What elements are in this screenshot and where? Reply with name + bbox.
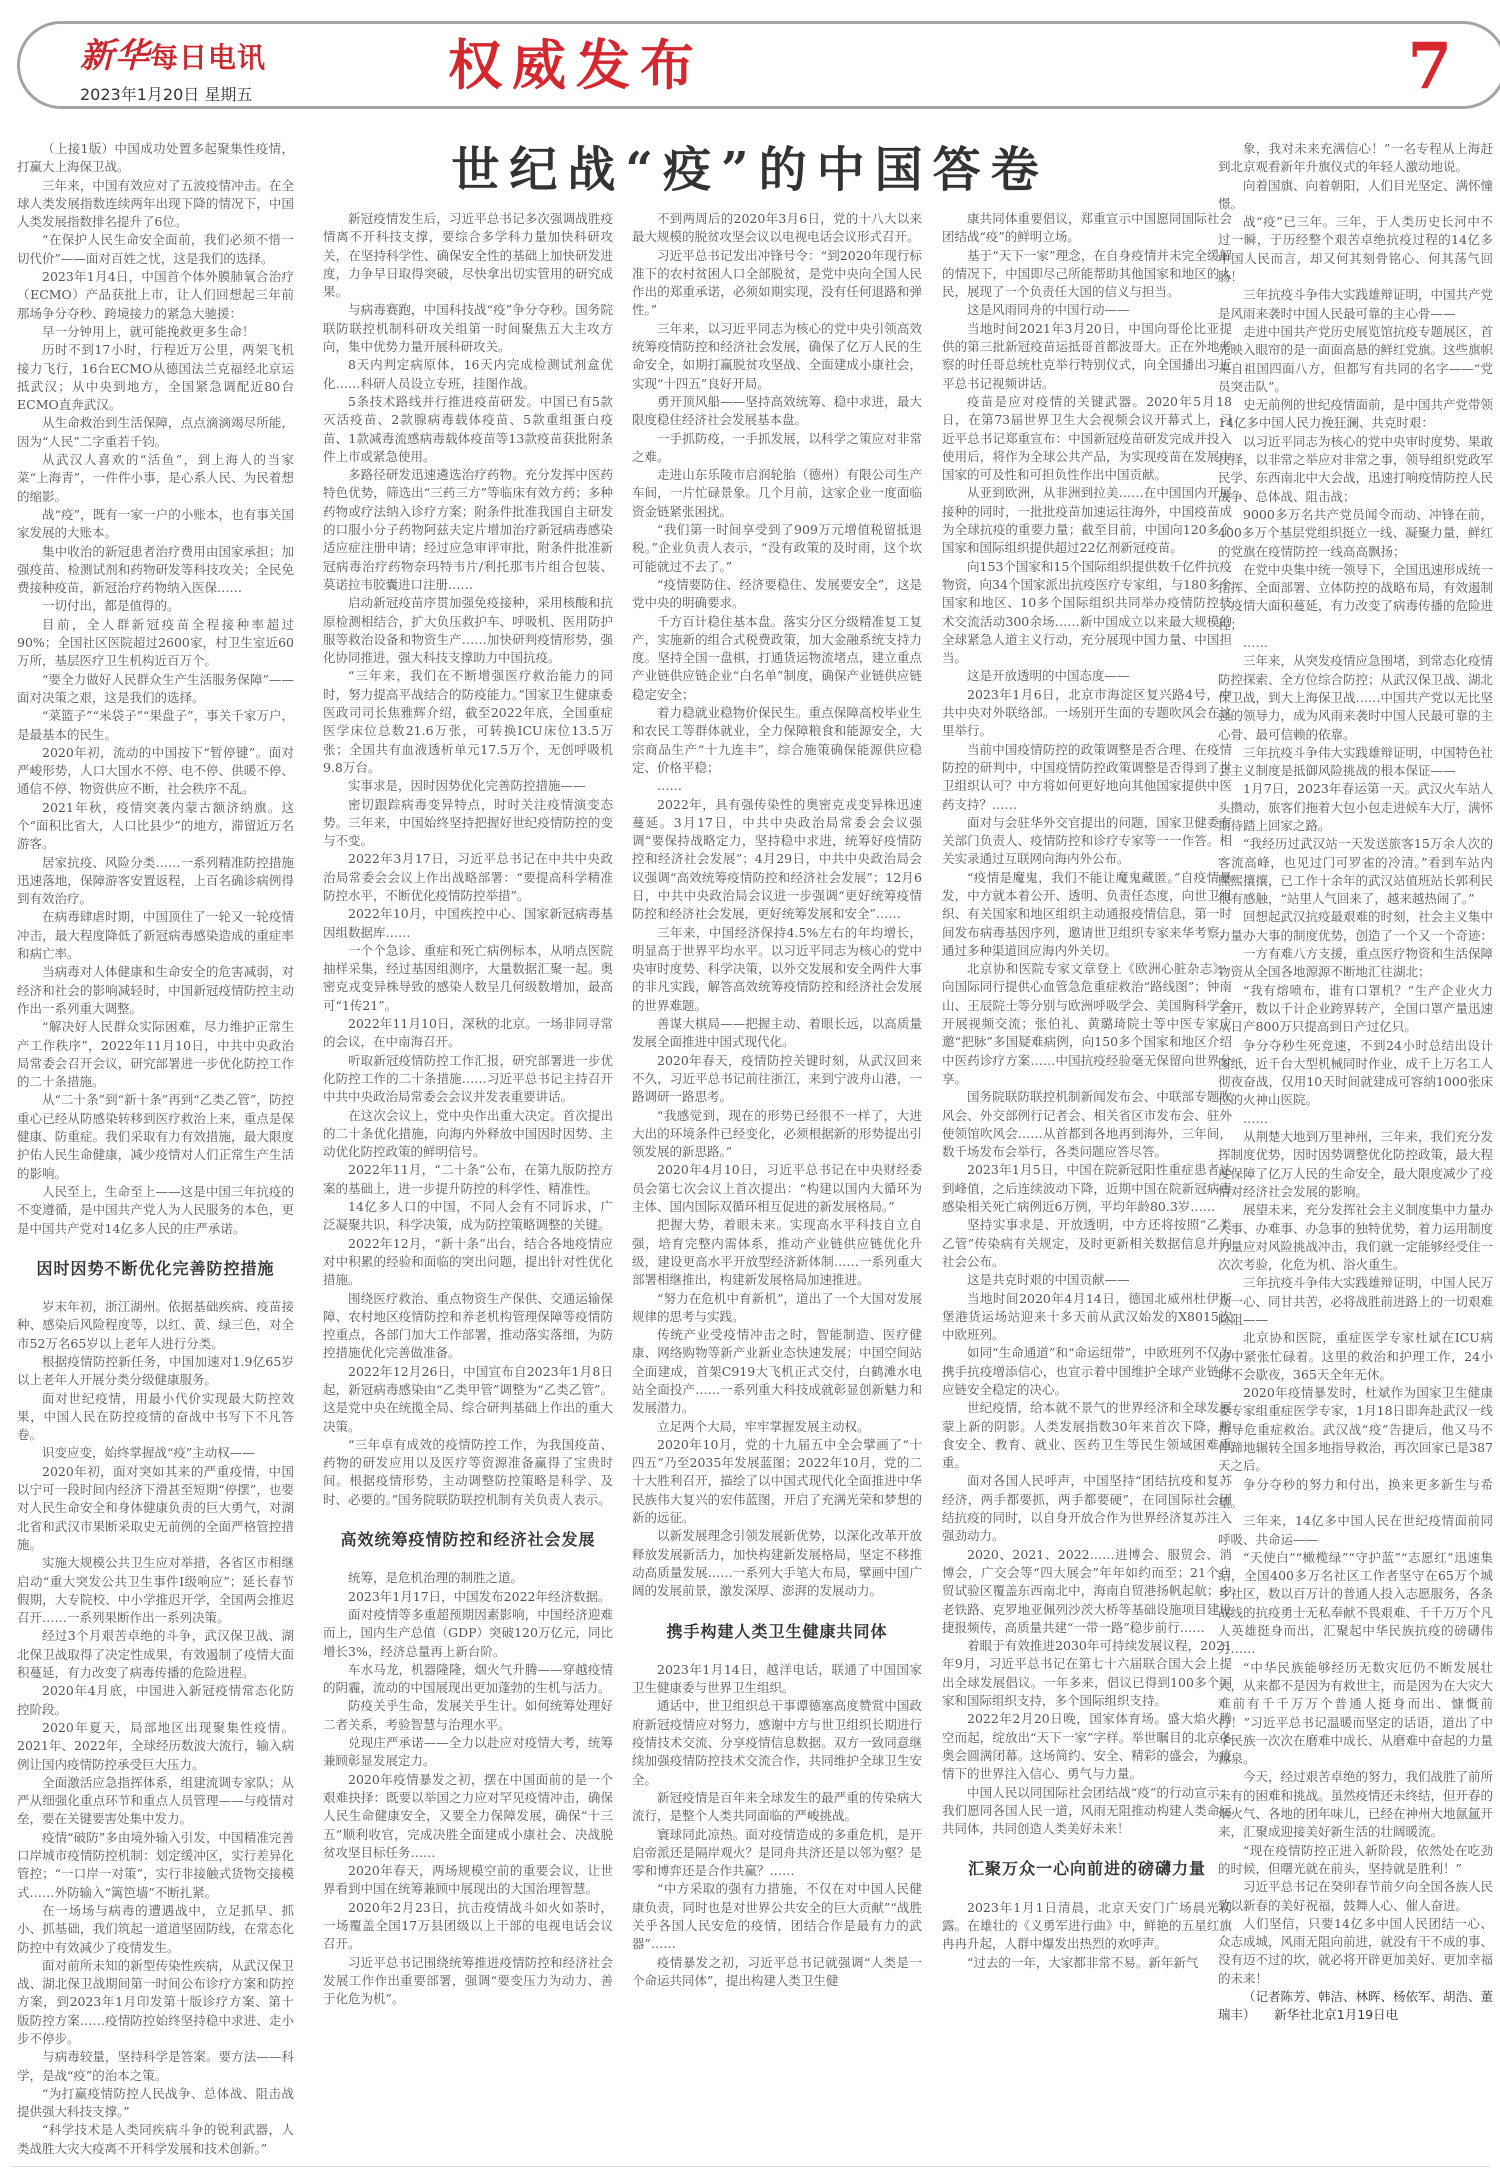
paragraph: 1月7日，2023年春运第一天。武汉火车站人头攒动，旅客们拖着大包小包走进候车大… bbox=[1218, 780, 1493, 835]
paragraph: 从亚到欧洲，从非洲到拉美……在中国国内开展接种的同时，一批批疫苗加速运往海外，中… bbox=[942, 484, 1232, 557]
paragraph: 面对世纪疫情，用最小代价实现最大防控效果，中国人民在防控疫情的奋战中书写下不凡答… bbox=[17, 1390, 294, 1445]
paragraph: 全面激活应急指挥体系，组建流调专家队；从严从细强化重点环节和重点人员管理——与疫… bbox=[17, 1774, 294, 1829]
paragraph: 这是开放透明的中国态度—— bbox=[942, 667, 1232, 685]
column-3-body: 不到两周后的2020年3月6日，党的十八大以来最大规模的脱贫攻坚会议以电视电话会… bbox=[632, 210, 922, 1601]
column-4-body: 康共同体重要倡议，郑重宣示中国愿同国际社会团结战“疫”的鲜明立场。基于“天下一家… bbox=[942, 210, 1232, 1838]
paragraph: 2022年12月26日，中国宣布自2023年1月8日起，新冠病毒感染由“乙类甲管… bbox=[323, 1363, 613, 1436]
paragraph: 2020年4月10日，习近平总书记在中央财经委员会第七次会议上首次提出：“构建以… bbox=[632, 1161, 922, 1216]
paragraph: 集中收治的新冠患者治疗费用由国家承担；加强疫苗、检测试剂和药物研发等科技攻关；全… bbox=[17, 543, 294, 598]
paragraph: 三年来，从突发疫情应急围堵，到常态化疫情防控探索、全方位综合防控；从武汉保卫战、… bbox=[1218, 652, 1493, 743]
brand-sub: 每日电讯 bbox=[150, 41, 266, 74]
newspaper-brand: 新华每日电讯 2023年1月20日 星期五 bbox=[80, 36, 266, 105]
paragraph: 疫情暴发之初，习近平总书记就强调“人类是一个命运共同体”，提出构建人类卫生健 bbox=[632, 1954, 922, 1991]
paragraph: 启动新冠疫苗序贯加强免疫接种，采用核酸和抗原检测相结合，扩大负压救护车、呼吸机、… bbox=[323, 594, 613, 667]
paragraph: 战“疫”，既有一家一户的小账本，也有事关国家发展的大账本。 bbox=[17, 506, 294, 543]
paragraph: 寰球同此凉热。面对疫情造成的多重危机，是开启帝派还是隔岸观火？是同舟共济还是以邻… bbox=[632, 1826, 922, 1881]
paragraph: 面对各国人民呼声，中国坚持“团结抗疫和复苏经济，两手都要抓，两手都要硬”，在同国… bbox=[942, 1472, 1232, 1545]
page-number: 7 bbox=[1407, 32, 1452, 102]
paragraph: 2022年11月，“二十条”公布，在第九版防控方案的基础上，进一步提升防控的科学… bbox=[323, 1161, 613, 1198]
paragraph: 2023年1月5日，中国在院新冠阳性重症患者达到峰值，之后连续波动下降，近期中国… bbox=[942, 1161, 1232, 1216]
paragraph: 立足两个大局，牢牢掌握发展主动权。 bbox=[632, 1418, 922, 1436]
section-3-body: 2023年1月14日，越洋电话，联通了中国国家卫生健康委与世界卫生组织。通话中，… bbox=[632, 1661, 922, 1990]
paragraph: 根据疫情防控新任务，中国加速对1.9亿65岁以上老年人开展分类分级健康服务。 bbox=[17, 1353, 294, 1390]
paragraph: 千方百计稳住基本盘。落实分区分级精准复工复产，实施新的组合式税费政策，加大金融系… bbox=[632, 613, 922, 704]
paragraph: 着力稳就业稳物价保民生。重点保障高校毕业生和农民工等群体就业，全力保障粮食和能源… bbox=[632, 704, 922, 777]
paragraph: 当地时间2021年3月20日，中国向哥伦比亚提供的第三批新冠疫苗运抵哥首都波哥大… bbox=[942, 320, 1232, 393]
paragraph: 车水马龙，机器隆隆，烟火气升腾——穿越疫情的阴霾，流动的中国展现出更加蓬勃的生机… bbox=[323, 1661, 613, 1698]
section-1-body: 岁末年初，浙江湖州。依据基础疾病、疫苗接种、感染后风险程度等，以红、黄、绿三色，… bbox=[17, 1298, 294, 2160]
paragraph: 历时不到17小时，行程近万公里，两架飞机接力飞行，16台ECMO从德国法兰克福经… bbox=[17, 341, 294, 414]
paragraph: 史无前例的世纪疫情面前，是中国共产党带领14亿多中国人民力挽狂澜、共克时艰： bbox=[1218, 396, 1493, 433]
section-title: 权威发布 bbox=[448, 32, 704, 98]
paragraph: 坚持实事求是、开放透明，中方还将按照“乙类乙管”传染病有关规定，及时更新相关数据… bbox=[942, 1216, 1232, 1271]
paragraph: 习近平总书记发出冲锋号令：“到2020年现行标准下的农村贫困人口全部脱贫，是党中… bbox=[632, 247, 922, 320]
paragraph: 争分夺秒生死竞速，不到24小时总结出设计图纸，近千台大型机械同时作业，成千上万名… bbox=[1218, 1037, 1493, 1110]
paragraph: 2023年1月14日，越洋电话，联通了中国国家卫生健康委与世界卫生组织。 bbox=[632, 1661, 922, 1698]
paragraph: 密切跟踪病毒变异特点，时时关注疫情演变态势。三年来，中国始终坚持把握好世纪疫情防… bbox=[323, 796, 613, 851]
paragraph: 统筹，是危机治理的制胜之道。 bbox=[323, 1569, 613, 1587]
paragraph: 三年来，中国经济保持4.5%左右的年均增长，明显高于世界平均水平。以习近平同志为… bbox=[632, 924, 922, 1015]
paragraph: 北京协和医院专家文章登上《欧洲心脏杂志》，向国际同行提供心血管急危重症救治“路线… bbox=[942, 960, 1232, 1088]
paragraph: 当地时间2020年4月14日，德国北威州杜伊斯堡港货运场站迎来十多天前从武汉始发… bbox=[942, 1290, 1232, 1345]
paragraph: 中国人民以同国际社会团结战“疫”的行动宣示：我们愿同各国人民一道，风雨无阻推动构… bbox=[942, 1784, 1232, 1839]
paragraph: 14亿多人口的中国，不同人会有不同诉求，广泛凝聚共识，科学决策，成为防控策略调整… bbox=[323, 1198, 613, 1235]
paragraph: 从“二十条”到“新十条”再到“乙类乙管”，防控重心已经从防感染转移到医疗救治上来… bbox=[17, 1091, 294, 1182]
paragraph: 国务院联防联控机制新闻发布会、中联部专题吹风会、外交部例行记者会、相关省区市发布… bbox=[942, 1088, 1232, 1161]
paragraph: 世纪疫情，给本就不景气的世界经济和全球发展蒙上新的阴影。人类发展指数30年来首次… bbox=[942, 1399, 1232, 1472]
paragraph: 2020年春天，疫情防控关键时刻，从武汉回来不久，习近平总书记前往浙江，来到宁波… bbox=[632, 1052, 922, 1107]
paragraph: 一切付出，都是值得的。 bbox=[17, 597, 294, 615]
paragraph: 走进中国共产党历史展览馆抗疫专题展区，首先映入眼帘的是一面面高悬的鲜红党旗。这些… bbox=[1218, 323, 1493, 396]
paragraph: 在这次会议上，党中央作出重大决定。首次提出的二十条优化措施，向海内外释放中国因时… bbox=[323, 1107, 613, 1162]
paragraph: 三年来，14亿多中国人民在世纪疫情面前同呼吸、共命运—— bbox=[1218, 1512, 1493, 1549]
paragraph: 2020年4月底，中国进入新冠疫情常态化防控阶段。 bbox=[17, 1682, 294, 1719]
paragraph: 走进山东乐陵市启润轮胎（德州）有限公司生产车间，一片忙碌景象。几个月前，这家企业… bbox=[632, 466, 922, 521]
paragraph: “为打赢疫情防控人民战争、总体战、阻击战提供强大科技支撑。” bbox=[17, 2085, 294, 2122]
paragraph: 通话中，世卫组织总干事谭德塞高度赞赏中国政府新冠疫情应对努力，感谢中方与世卫组织… bbox=[632, 1697, 922, 1788]
paragraph: 2022年12月，“新十条”出台，结合各地疫情应对中积累的经验和面临的突出问题，… bbox=[323, 1235, 613, 1290]
paragraph: 围绕医疗救治、重点物资生产保供、交通运输保障、农村地区疫情防控和养老机构管理保障… bbox=[323, 1290, 613, 1363]
paragraph: “天使白”“橄榄绿”“守护蓝”“志愿红”迅速集结，全国400多万名社区工作者坚守… bbox=[1218, 1549, 1493, 1659]
paragraph: 北京协和医院，重症医学专家杜斌在ICU病房中紧张忙碌着。这里的救治和护理工作，2… bbox=[1218, 1329, 1493, 1384]
paragraph: 2020年疫情暴发时，杜斌作为国家卫生健康委专家组重症医学专家，1月18日即奔赴… bbox=[1218, 1384, 1493, 1475]
paragraph: 这是共克时艰的中国贡献—— bbox=[942, 1271, 1232, 1289]
paragraph: 在党中央集中统一领导下，全国迅速形成统一指挥、全面部署、立体防控的战略布局，有效… bbox=[1218, 561, 1493, 634]
paragraph: “现在疫情防控正进入新阶段，依然处在吃劲的时候，但曙光就在前头，坚持就是胜利！” bbox=[1218, 1842, 1493, 1879]
paragraph: 争分夺秒的努力和付出，换来更多新生与希望。 bbox=[1218, 1476, 1493, 1513]
paragraph: 岁末年初，浙江湖州。依据基础疾病、疫苗接种、感染后风险程度等，以红、黄、绿三色，… bbox=[17, 1298, 294, 1353]
column-3: 不到两周后的2020年3月6日，党的十八大以来最大规模的脱贫攻坚会议以电视电话会… bbox=[632, 210, 922, 2160]
paragraph: 习近平总书记在癸卯春节前夕向全国各族人民致以新春的美好祝福，鼓舞人心、催人奋进。 bbox=[1218, 1878, 1493, 1915]
paragraph: 与病毒较量，坚持科学是答案。要方法——科学，是战“疫”的治本之策。 bbox=[17, 2048, 294, 2085]
paragraph: 2020年疫情暴发之初，摆在中国面前的是一个艰难抉择：既要以举国之力应对罕见疫情… bbox=[323, 1771, 613, 1862]
paragraph: 面对疫情等多重超预期因素影响，中国经济迎难而上，国内生产总值（GDP）突破120… bbox=[323, 1606, 613, 1661]
paragraph: 战“疫”已三年。三年，于人类历史长河中不过一瞬，于历经整个艰苦卓绝抗疫过程的14… bbox=[1218, 213, 1493, 286]
paragraph: …… bbox=[632, 777, 922, 795]
paragraph: 2020年春天，两场规模空前的重要会议，让世界看到中国在统筹兼顾中展现出的大国治… bbox=[323, 1862, 613, 1899]
paragraph: “我经历过武汉站一天发送旅客15万余人次的客流高峰，也见过门可罗雀的冷清。”看到… bbox=[1218, 835, 1493, 908]
paragraph: 实施大规模公共卫生应对举措，各省区市相继启动“重大突发公共卫生事件Ⅰ级响应”；延… bbox=[17, 1554, 294, 1627]
paragraph: 2021年秋，疫情突袭内蒙古额济纳旗。这个“面积比省大，人口比县少”的地方，滞留… bbox=[17, 799, 294, 854]
section-4-body: 2023年1月1日清晨，北京天安门广场晨光初露。在雄壮的《义勇军进行曲》中，鲜艳… bbox=[942, 1899, 1232, 1972]
paragraph: 面对与会驻华外交官提出的问题，国家卫健委有关部门负责人、疫情防控和诊疗专家等一一… bbox=[942, 814, 1232, 869]
paragraph: 三年抗疫斗争伟大实践雄辩证明，中国共产党是风雨来袭时中国人民最可靠的主心骨—— bbox=[1218, 286, 1493, 323]
paragraph: 不到两周后的2020年3月6日，党的十八大以来最大规模的脱贫攻坚会议以电视电话会… bbox=[632, 210, 922, 247]
paragraph: 善谋大棋局——把握主动、着眼长远，以高质量发展全面推进中国式现代化。 bbox=[632, 1015, 922, 1052]
paragraph: 5条技术路线并行推进疫苗研发。中国已有5款灭活疫苗、2款腺病毒载体疫苗、5款重组… bbox=[323, 393, 613, 466]
paragraph: “我有熔喷布，谁有口罩机？”生产企业火力全开，数以千计企业跨界转产，全国口罩产量… bbox=[1218, 982, 1493, 1037]
paragraph: 2023年1月6日，北京市海淀区复兴路4号，中共中央对外联络部。一场别开生面的专… bbox=[942, 686, 1232, 741]
issue-date: 2023年1月20日 星期五 bbox=[80, 82, 266, 105]
paragraph: 新冠疫情是百年来全球发生的最严重的传染病大流行，是整个人类共同面临的严峻挑战。 bbox=[632, 1789, 922, 1826]
paragraph: “菜篮子”“米袋子”“果盘子”，事关千家万户，是最基本的民生。 bbox=[17, 707, 294, 744]
paragraph: 如同“生命通道”和“命运纽带”，中欧班列不仅为携手抗疫增添信心，也宣示着中国维护… bbox=[942, 1344, 1232, 1399]
paragraph: 2022年11月10日，深秋的北京。一场非同寻常的会议，在中南海召开。 bbox=[323, 1015, 613, 1052]
paragraph: 与病毒赛跑，中国科技战“疫”争分夺秒。国务院联防联控机制科研攻关组第一时间聚焦五… bbox=[323, 301, 613, 356]
paragraph: 2023年1月4日，中国首个体外膜肺氧合治疗（ECMO）产品获批上市，让人们回想… bbox=[17, 268, 294, 323]
paragraph: 9000多万名共产党员闻令而动、冲锋在前，400多万个基层党组织挺立一线、凝聚力… bbox=[1218, 506, 1493, 561]
paragraph: 2023年1月1日清晨，北京天安门广场晨光初露。在雄壮的《义勇军进行曲》中，鲜艳… bbox=[942, 1899, 1232, 1954]
paragraph: 当前中国疫情防控的政策调整是否合理、在疫情防控的研判中，中国疫情防控政策调整是否… bbox=[942, 741, 1232, 814]
paragraph: 以新发展理念引领发展新优势，以深化改革开放释放发展新活力，加快构建新发展格局，坚… bbox=[632, 1527, 922, 1600]
section-heading-3: 携手构建人类卫生健康共同体 bbox=[632, 1623, 922, 1641]
paragraph: 8天内判定病原体，16天内完成检测试剂盒优化……科研人员设立专班，挂图作战。 bbox=[323, 356, 613, 393]
paragraph: 居家抗疫、风险分类……一系列精准防控措施迅速落地，保障游客安置返程，上百名确诊病… bbox=[17, 854, 294, 909]
paragraph: 面对前所未知的新型传染性疾病，从武汉保卫战、湖北保卫战期间第一时间公布诊疗方案和… bbox=[17, 1957, 294, 2048]
column-5: 象，我对未来充满信心！”一名专程从上海赶到北京观看新年升旗仪式的年轻人激动地说。… bbox=[1218, 140, 1493, 2160]
paragraph: “要全力做好人民群众生产生活服务保障”——面对决策之艰，这是我们的选择。 bbox=[17, 671, 294, 708]
paragraph: 疫苗是应对疫情的关键武器。2020年5月18日，在第73届世界卫生大会视频会议开… bbox=[942, 393, 1232, 484]
paragraph: 多路径研发迅速遴选治疗药物。充分发挥中医药特色优势，筛选出“三药三方”等临床有效… bbox=[323, 466, 613, 594]
paragraph: 一个个急诊、重症和死亡病例标本，从哨点医院抽样采集，经过基因组测序，大量数据汇聚… bbox=[323, 942, 613, 1015]
paragraph: 人们坚信，只要14亿多中国人民团结一心、众志成城，风雨无阻向前进，就没有干不成的… bbox=[1218, 1915, 1493, 1988]
paragraph: 识变应变，始终掌握战“疫”主动权—— bbox=[17, 1444, 294, 1462]
paragraph: 在一场场与病毒的遭遇战中，立足抓早、抓小、抓基础，我们筑起一道道坚固防线，在常态… bbox=[17, 1902, 294, 1957]
paragraph: 人民至上，生命至上——这是中国三年抗疫的不变遵循，是中国共产党人为人民服务的本色… bbox=[17, 1183, 294, 1238]
paragraph: “我们第一时间享受到了909万元增值税留抵退税。”企业负责人表示，“没有政策的及… bbox=[632, 521, 922, 576]
paragraph: 经过3个月艰苦卓绝的斗争，武汉保卫战、湖北保卫战取得了决定性成果，有效遏制了疫情… bbox=[17, 1627, 294, 1682]
paragraph: 以习近平同志为核心的党中央审时度势、果敢抉择，以非常之举应对非常之事，领导组织党… bbox=[1218, 433, 1493, 506]
paragraph: “三年卓有成效的疫情防控工作，为我国疫苗、药物的研发应用以及医疗等资源准备赢得了… bbox=[323, 1436, 613, 1509]
paragraph: “中方采取的强有力措施，不仅在对中国人民健康负责，同时也是对世界公共安全的巨大贡… bbox=[632, 1880, 922, 1953]
paragraph: …… bbox=[1218, 1110, 1493, 1128]
paragraph: 2022年2月20日晚，国家体育场。盛大焰火腾空而起，绽放出“天下一家”字样。举… bbox=[942, 1710, 1232, 1783]
paragraph: 早一分钟用上，就可能挽救更多生命！ bbox=[17, 323, 294, 341]
paragraph: “中华民族能够经历无数灾厄仍不断发展壮大，从来都不是因为有救世主，而是因为在大灾… bbox=[1218, 1659, 1493, 1769]
column-2-body: 新冠疫情发生后，习近平总书记多次强调战胜疫情离不开科技支撑，要综合多学科力量加快… bbox=[323, 210, 613, 1509]
paragraph: “我感觉到，现在的形势已经很不一样了，大进大出的环境条件已经变化，必须根据新的形… bbox=[632, 1107, 922, 1162]
paragraph: 2020年10月，党的十九届五中全会擘画了“十四五”乃至2035年发展蓝图；20… bbox=[632, 1436, 922, 1527]
section-heading-4: 汇聚万众一心向前进的磅礴力量 bbox=[942, 1860, 1232, 1878]
paragraph: 基于“天下一家”理念，在自身疫情并未完全缓解的情况下，中国即尽己所能帮助其他国家… bbox=[942, 247, 1232, 302]
paragraph: 新冠疫情发生后，习近平总书记多次强调战胜疫情离不开科技支撑，要综合多学科力量加快… bbox=[323, 210, 613, 301]
paragraph: 防疫关乎生命，发展关乎生计。如何统筹处理好二者关系，考验智慧与治理水平。 bbox=[323, 1697, 613, 1734]
paragraph: 回想起武汉抗疫最艰难的时刻，社会主义集中力量办大事的制度优势，创造了一个又一个奇… bbox=[1218, 908, 1493, 945]
column-1-body: （上接1版）中国成功处置多起聚集性疫情，打赢大上海保卫战。三年来，中国有效应对了… bbox=[17, 140, 294, 1238]
paragraph: …… bbox=[17, 2158, 294, 2160]
paragraph: 实事求是，因时因势优化完善防控措施—— bbox=[323, 777, 613, 795]
section-2-body: 统筹，是危机治理的制胜之道。2023年1月17日，中国发布2022年经济数据。面… bbox=[323, 1569, 613, 2008]
masthead: 新华每日电讯 2023年1月20日 星期五 权威发布 7 bbox=[17, 21, 1500, 109]
page-bottom-rule bbox=[10, 2166, 1490, 2167]
article-headline: 世纪战“疫”的中国答卷 bbox=[390, 140, 1110, 200]
paragraph: 在病毒肆虐时期，中国顶住了一轮又一轮疫情冲击，最大程度降低了新冠病毒感染造成的重… bbox=[17, 908, 294, 963]
paragraph: 一手抓防疫，一手抓发展，以科学之策应对非常之难。 bbox=[632, 430, 922, 467]
paragraph: “过去的一年，大家都非常不易。新年新气 bbox=[942, 1954, 1232, 1972]
paragraph: 听取新冠疫情防控工作汇报，研究部署进一步优化防控工作的二十条措施……习近平总书记… bbox=[323, 1052, 613, 1107]
paragraph: 三年来，中国有效应对了五波疫情冲击。在全球人类发展指数连续两年出现下降的情况下，… bbox=[17, 177, 294, 232]
paragraph: 象，我对未来充满信心！”一名专程从上海赶到北京观看新年升旗仪式的年轻人激动地说。 bbox=[1218, 140, 1493, 177]
paragraph: 2022年3月17日，习近平总书记在中共中央政治局常委会会议上作出战略部署：“要… bbox=[323, 850, 613, 905]
paragraph: 2022年10月，中国疾控中心、国家新冠病毒基因组数据库…… bbox=[323, 905, 613, 942]
column-1: （上接1版）中国成功处置多起聚集性疫情，打赢大上海保卫战。三年来，中国有效应对了… bbox=[17, 140, 294, 2160]
paragraph: …… bbox=[1218, 634, 1493, 652]
paragraph: 今天，经过艰苦卓绝的努力，我们战胜了前所未有的困难和挑战。虽然疫情还未终结，但开… bbox=[1218, 1768, 1493, 1841]
paragraph: “科学技术是人类同疾病斗争的锐利武器，人类战胜大灾大疫离不开科学发展和技术创新。… bbox=[17, 2121, 294, 2158]
paragraph: 兑现庄严承诺——全力以赴应对疫情大考，统筹兼顾彰显发展定力。 bbox=[323, 1734, 613, 1771]
paragraph: 疫情“破防”多由境外输入引发，中国精准完善口岸城市疫情防控机制：划定缓冲区，实行… bbox=[17, 1829, 294, 1902]
paragraph: 三年抗疫斗争伟大实践雄辩证明，中国特色社会主义制度是抵御风险挑战的根本保证—— bbox=[1218, 744, 1493, 781]
paragraph: 2020、2021、2022……进博会、服贸会、消博会，广交会等“四大展会”年年… bbox=[942, 1546, 1232, 1637]
paragraph: 2020年2月23日，抗击疫情战斗如火如荼时，一场覆盖全国17万县团级以上干部的… bbox=[323, 1899, 613, 1954]
paragraph: “疫情要防住、经济要稳住、发展要安全”，这是党中央的明确要求。 bbox=[632, 576, 922, 613]
paragraph: “在保护人民生命安全面前，我们必须不惜一切代价”——面对百姓之忧，这是我们的选择… bbox=[17, 231, 294, 268]
paragraph: 展望未来，充分发挥社会主义制度集中力量办大事、办难事、办急事的独特优势，着力运用… bbox=[1218, 1201, 1493, 1274]
column-4: 康共同体重要倡议，郑重宣示中国愿同国际社会团结战“疫”的鲜明立场。基于“天下一家… bbox=[942, 210, 1232, 2160]
paragraph: （上接1版）中国成功处置多起聚集性疫情，打赢大上海保卫战。 bbox=[17, 140, 294, 177]
paragraph: 从荆楚大地到万里神州，三年来，我们充分发挥制度优势，因时因势调整优化防控政策，最… bbox=[1218, 1128, 1493, 1201]
section-heading-1: 因时因势不断优化完善防控措施 bbox=[17, 1260, 294, 1278]
paragraph: 传统产业受疫情冲击之时，智能制造、医疗健康、网络购物等新产业新业态快速发展；中国… bbox=[632, 1326, 922, 1417]
paragraph: 目前，全人群新冠疫苗全程接种率超过90%；全国社区医院超过2600家，村卫生室近… bbox=[17, 616, 294, 671]
section-heading-2: 高效统筹疫情防控和经济社会发展 bbox=[323, 1531, 613, 1549]
paragraph: 康共同体重要倡议，郑重宣示中国愿同国际社会团结战“疫”的鲜明立场。 bbox=[942, 210, 1232, 247]
paragraph: 把握大势，着眼未来。实现高水平科技自立自强，培育完整内需体系，推动产业链供应链优… bbox=[632, 1216, 922, 1289]
paragraph: 2023年1月17日，中国发布2022年经济数据。 bbox=[323, 1588, 613, 1606]
paragraph: “解决好人民群众实际困难，尽力维护正常生产工作秩序”，2022年11月10日，中… bbox=[17, 1018, 294, 1091]
paragraph: 从生命救治到生活保障，点点滴滴竭尽所能，因为“人民”二字重若千钧。 bbox=[17, 414, 294, 451]
paragraph: 向153个国家和15个国际组织提供数千亿件抗疫物资，向34个国家派出抗疫医疗专家… bbox=[942, 558, 1232, 668]
paragraph: 这是风雨同舟的中国行动—— bbox=[942, 301, 1232, 319]
paragraph: 勇开顶风船——坚持高效统筹、稳中求进，最大限度稳住经济社会发展基本盘。 bbox=[632, 393, 922, 430]
paragraph: 2020年初，面对突如其来的严重疫情，中国以宁可一段时间内经济下滑甚至短期“停摆… bbox=[17, 1463, 294, 1554]
column-2: 新冠疫情发生后，习近平总书记多次强调战胜疫情离不开科技支撑，要综合多学科力量加快… bbox=[323, 210, 613, 2160]
brand-logo: 新华每日电讯 bbox=[80, 36, 266, 78]
paragraph: 当病毒对人体健康和生命安全的危害减弱，对经济和社会的影响减轻时，中国新冠疫情防控… bbox=[17, 963, 294, 1018]
brand-main: 新华 bbox=[80, 36, 150, 76]
paragraph: “努力在危机中育新机”，道出了一个大国对发展规律的思考与实践。 bbox=[632, 1290, 922, 1327]
paragraph: 三年来，以习近平同志为核心的党中央引领高效统筹疫情防控和经济社会发展，确保了亿万… bbox=[632, 320, 922, 393]
paragraph: 一方有难八方支援，重点医疗物资和生活保障物资从全国各地源源不断地汇往湖北； bbox=[1218, 945, 1493, 982]
paragraph: “三年来，我们在不断增强医疗救治能力的同时，努力提高平战结合的防疫能力。”国家卫… bbox=[323, 667, 613, 777]
paragraph: 从武汉人喜欢的“活鱼”，到上海人的当家菜“上海青”，一件件小事，是心系人民、为民… bbox=[17, 451, 294, 506]
article-byline: （记者陈芳、韩洁、林晖、杨依军、胡浩、董瑞丰） 新华社北京1月19日电 bbox=[1218, 1988, 1493, 2025]
column-5-body: 象，我对未来充满信心！”一名专程从上海赶到北京观看新年升旗仪式的年轻人激动地说。… bbox=[1218, 140, 1493, 1988]
paragraph: 三年抗疫斗争伟大实践雄辩证明，中国人民万众一心、同甘共苦，必将战胜前进路上的一切… bbox=[1218, 1274, 1493, 1329]
paragraph: 着眼于有效推进2030年可持续发展议程，2021年9月，习近平总书记在第七十六届… bbox=[942, 1637, 1232, 1710]
paragraph: 2022年，具有强传染性的奥密克戎变异株迅速蔓延。3月17日，中共中央政治局常委… bbox=[632, 796, 922, 924]
paragraph: 向着国旗、向着朝阳，人们目光坚定、满怀憧憬。 bbox=[1218, 177, 1493, 214]
paragraph: 2020年夏天，局部地区出现聚集性疫情。2021年、2022年，全球经历数波大流… bbox=[17, 1719, 294, 1774]
paragraph: “疫情是魔鬼，我们不能让魔鬼藏匿。”自疫情暴发，中方就本着公开、透明、负责任态度… bbox=[942, 869, 1232, 960]
paragraph: 习近平总书记围绕统筹推进疫情防控和经济社会发展工作作出重要部署，强调“要变压力为… bbox=[323, 1954, 613, 2009]
paragraph: 2020年初，流动的中国按下“暂停键”。面对严峻形势，人口大国水不停、电不停、供… bbox=[17, 744, 294, 799]
